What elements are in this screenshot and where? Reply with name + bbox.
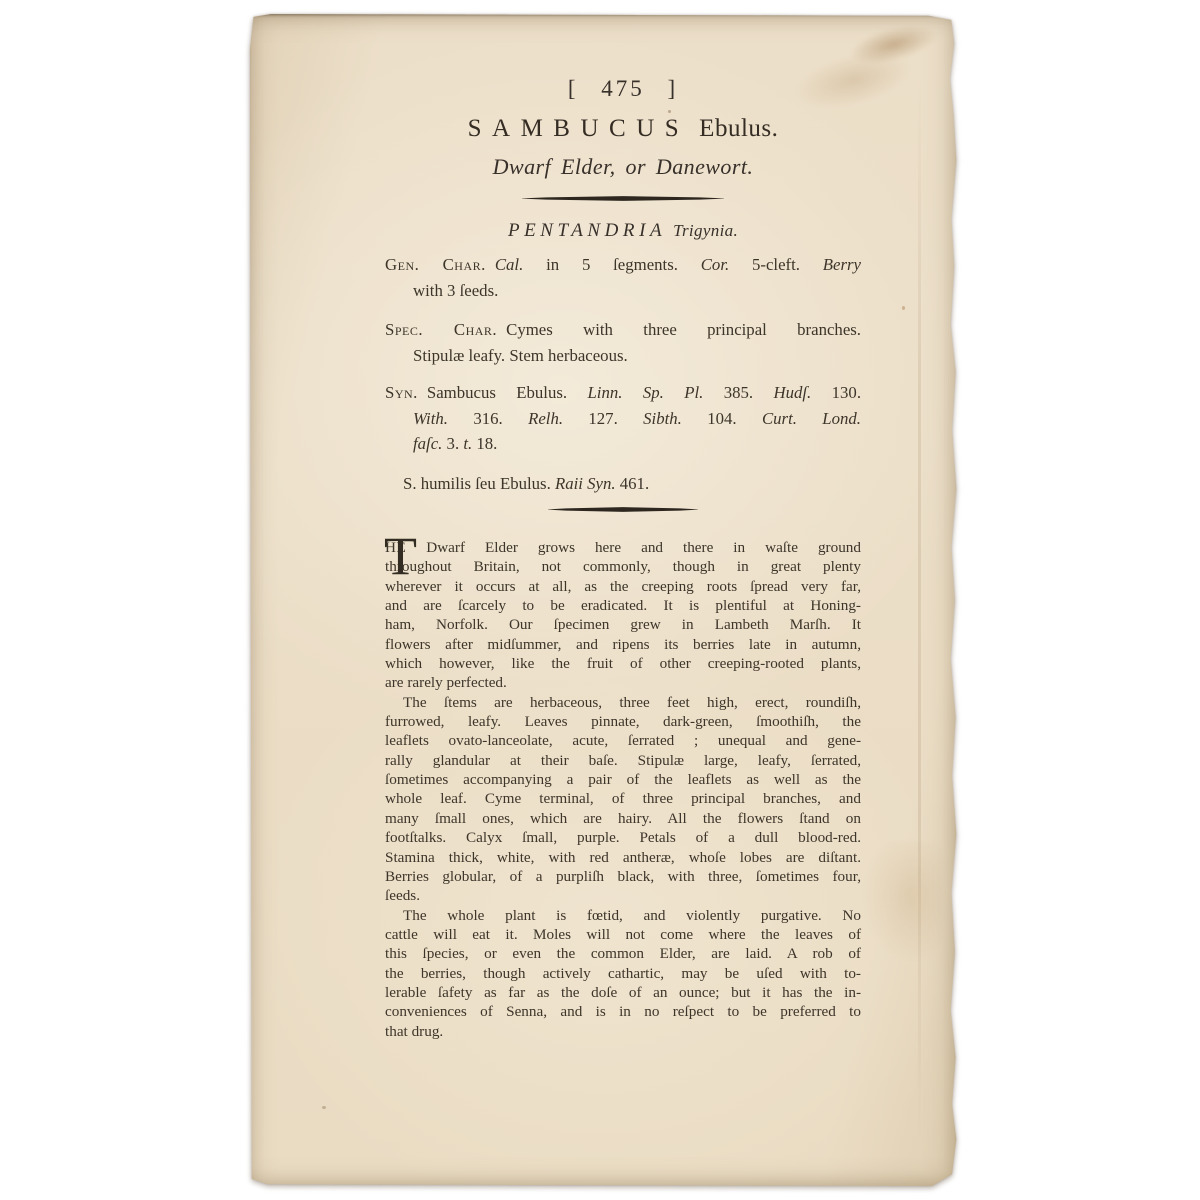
entry-line: S. humilis ſeu Ebulus. Raii Syn. 461. [385, 471, 861, 497]
entry-synonyms: Syn.Sambucus Ebulus. Linn. Sp. Pl. 385. … [385, 380, 861, 457]
book-page: [ 475 ] SAMBUCUSEbulus. Dwarf Elder, or … [250, 14, 957, 1186]
common-name-subtitle: Dwarf Elder, or Danewort. [385, 154, 861, 180]
entry-text: 130. [811, 383, 861, 402]
entry-text: t. [463, 434, 472, 453]
paper-crease [918, 74, 921, 1146]
entry-text: Raii Syn. [555, 474, 616, 493]
entry-spec-char: Spec. Char.Cymes with three principal br… [385, 317, 861, 368]
entry-text: Cymes with three principal branches. [506, 320, 861, 339]
entry-line: faſc. 3. t. 18. [385, 431, 861, 457]
foxing-speck [902, 306, 905, 310]
body-line: The whole plant is fœtid, and violently … [385, 906, 861, 925]
entry-text: Curt. Lond. [762, 409, 861, 428]
entry-synonym-ray: S. humilis ſeu Ebulus. Raii Syn. 461. [385, 471, 861, 497]
entry-line: With. 316. Relh. 127. Sibth. 104. Curt. … [385, 406, 861, 432]
entry-text: 316. [448, 409, 528, 428]
entry-text: Sibth. [643, 409, 682, 428]
paragraph-3: The whole plant is fœtid, and violently … [385, 906, 861, 1041]
text-column: [ 475 ] SAMBUCUSEbulus. Dwarf Elder, or … [385, 76, 861, 1041]
entry-text: 127. [563, 409, 643, 428]
entry-text: Cal. [495, 255, 523, 274]
genus-name: SAMBUCUS [468, 115, 690, 142]
entry-line: Spec. Char.Cymes with three principal br… [385, 317, 861, 343]
entry-text: 104. [682, 409, 762, 428]
entry-text: Sambucus Ebulus. [427, 383, 588, 402]
body-line: leaflets ovato-lanceolate, acute, ſerrat… [385, 731, 861, 750]
swelled-rule [522, 196, 724, 201]
body-line: wherever it occurs at all, as the creepi… [385, 577, 861, 596]
entry-line: Gen. Char.Cal. in 5 ſegments. Cor. 5-cle… [385, 252, 861, 278]
entry-text: Relh. [528, 409, 563, 428]
entry-text: With. [413, 409, 448, 428]
scan-background: [ 475 ] SAMBUCUSEbulus. Dwarf Elder, or … [0, 0, 1200, 1200]
body-line: whole leaf. Cyme terminal, of three prin… [385, 789, 861, 808]
entry-text: 18. [472, 434, 497, 453]
body-line: The ſtems are herbaceous, three feet hig… [385, 693, 861, 712]
entry-text: 3. [442, 434, 463, 453]
edge-stain [863, 842, 943, 962]
swelled-rule [548, 507, 698, 512]
taxonomy-order: Trigynia. [673, 221, 738, 240]
entry-gen-char: Gen. Char.Cal. in 5 ſegments. Cor. 5-cle… [385, 252, 861, 303]
paragraph-2: The ſtems are herbaceous, three feet hig… [385, 693, 861, 906]
entry-text: 385. [703, 383, 773, 402]
body-line: which however, like the fruit of other c… [385, 654, 861, 673]
body-line: and are ſcarcely to be eradicated. It is… [385, 596, 861, 615]
body-line: lerable ſafety as far as the doſe of an … [385, 983, 861, 1002]
body-line: that drug. [385, 1022, 861, 1041]
body-line: ſeeds. [385, 886, 861, 905]
entry-line: Stipulæ leafy. Stem herbaceous. [385, 343, 861, 369]
body-line: flowers after midſummer, and ripens its … [385, 635, 861, 654]
taxonomy-line: PENTANDRIATrigynia. [385, 220, 861, 242]
page-title: SAMBUCUSEbulus. [385, 115, 861, 143]
page-number: [ 475 ] [385, 76, 861, 102]
description-entries: Gen. Char.Cal. in 5 ſegments. Cor. 5-cle… [385, 252, 861, 496]
body-line: cattle will eat it. Moles will not come … [385, 925, 861, 944]
body-line: are rarely perfected. [385, 673, 861, 692]
body-line: ſometimes accompanying a pair of the lea… [385, 770, 861, 789]
body-line: the berries, though actively cathartic, … [385, 964, 861, 983]
body-line: furrowed, leafy. Leaves pinnate, dark-gr… [385, 712, 861, 731]
body-line: footſtalks. Calyx ſmall, purple. Petals … [385, 828, 861, 847]
foxing-speck [322, 1106, 326, 1109]
entry-text: 5-cleft. [729, 255, 823, 274]
species-name: Ebulus. [699, 115, 778, 142]
entry-label: Gen. Char. [385, 255, 486, 274]
entry-text: 461. [616, 474, 650, 493]
entry-text: Berry [823, 255, 861, 274]
paragraph-1: THE Dwarf Elder grows here and there in … [385, 538, 861, 693]
body-line: throughout Britain, not commonly, though… [385, 557, 861, 576]
entry-label: Syn. [385, 383, 418, 402]
entry-line: with 3 ſeeds. [385, 278, 861, 304]
entry-text: faſc. [413, 434, 442, 453]
taxonomy-class: PENTANDRIA [508, 220, 666, 241]
entry-text: with 3 ſeeds. [413, 281, 498, 300]
body-line: Berries globular, of a purpliſh black, w… [385, 867, 861, 886]
entry-text: S. humilis ſeu Ebulus. [403, 474, 555, 493]
body-line: rally glandular at their baſe. Stipulæ l… [385, 751, 861, 770]
entry-label: Spec. Char. [385, 320, 497, 339]
body-line: conveniences of Senna, and is in no reſp… [385, 1002, 861, 1021]
entry-text: Hudſ. [773, 383, 811, 402]
entry-text: Linn. Sp. Pl. [587, 383, 703, 402]
entry-text: Cor. [701, 255, 729, 274]
body-text: THE Dwarf Elder grows here and there in … [385, 538, 861, 1041]
drop-cap: T [384, 529, 417, 583]
entry-line: Syn.Sambucus Ebulus. Linn. Sp. Pl. 385. … [385, 380, 861, 406]
entry-text: in 5 ſegments. [523, 255, 700, 274]
entry-text: Stipulæ leafy. Stem herbaceous. [413, 346, 628, 365]
book-page-wrapper: [ 475 ] SAMBUCUSEbulus. Dwarf Elder, or … [250, 14, 957, 1186]
body-line: Stamina thick, white, with red antheræ, … [385, 848, 861, 867]
body-line: ham, Norfolk. Our ſpecimen grew in Lambe… [385, 615, 861, 634]
body-line: many ſmall ones, which are hairy. All th… [385, 809, 861, 828]
body-line: HE Dwarf Elder grows here and there in w… [385, 538, 861, 557]
body-line: this ſpecies, or even the common Elder, … [385, 944, 861, 963]
